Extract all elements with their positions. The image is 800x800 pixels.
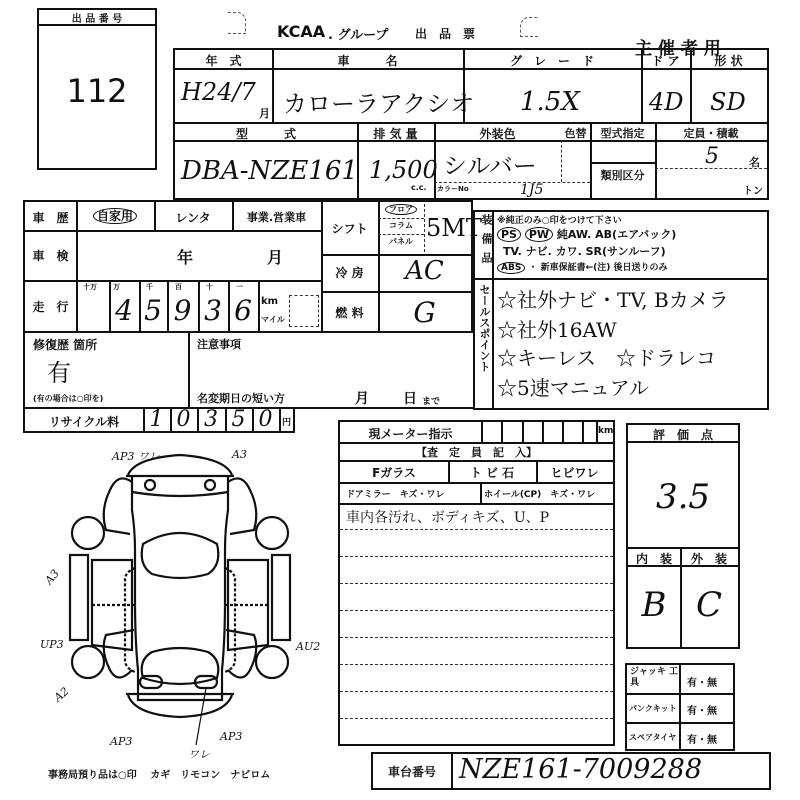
capacity-unit: 名 xyxy=(749,154,760,170)
capacity-label: 定員・積載 xyxy=(655,125,767,141)
score-label: 評 価 点 xyxy=(628,426,738,443)
name-change-day: 日 xyxy=(403,388,417,408)
mileage-place-1k: 千 xyxy=(146,282,153,292)
sales-point-4: ☆5速マニュアル xyxy=(497,372,649,401)
meter-unit: km xyxy=(598,426,613,436)
brand-suffix: . グループ xyxy=(328,24,388,43)
model-value: DBA-NZE161 xyxy=(181,156,358,186)
diagram-footer: 事務局預り品は○印 カギ リモコン ナビロム xyxy=(48,766,270,781)
shape-label: 形 状 xyxy=(690,52,767,69)
mileage-place-100: 百 xyxy=(175,282,182,292)
inspection-year-unit: 年 xyxy=(177,245,193,268)
equipment-ab[interactable]: AB(エアバック) xyxy=(595,228,676,241)
inspector-note-row xyxy=(340,665,613,692)
displacement-value: 1,500 xyxy=(369,156,438,184)
recycle-digit-1: 1 xyxy=(143,407,170,432)
fuel-value: G xyxy=(378,296,471,329)
recycle-label: リサイクル料 xyxy=(25,413,143,430)
repair-value: 有 xyxy=(47,353,71,388)
exterior-label: 外 装 xyxy=(680,550,738,567)
meter-label: 現メーター指示 xyxy=(340,425,481,442)
inspector-note-row xyxy=(340,584,613,611)
repair-note: (有の場合は○印を) xyxy=(33,393,103,404)
glass-options: ト ビ 石 xyxy=(448,464,536,481)
type-designation-label: 型式指定 xyxy=(590,125,655,141)
mark-front-left: AP3 ワレ xyxy=(111,450,161,463)
lot-number: 112 xyxy=(39,72,155,110)
interior-value: B xyxy=(628,585,680,625)
color-no-value: 1J5 xyxy=(520,182,543,198)
lot-number-box: 出 品 番 号 112 xyxy=(37,8,157,170)
mark-right-rear-door: AU2 xyxy=(295,640,320,653)
mark-left-rear: A2 xyxy=(51,685,72,705)
shift-option-floor-text: フロア xyxy=(385,204,417,215)
fuel-label: 燃 料 xyxy=(321,304,378,321)
model-label: 型 式 xyxy=(175,125,357,142)
mark-rear-crack: ワレ xyxy=(188,748,211,760)
wheel-label: ホイール(CP) キズ・ワレ xyxy=(484,487,595,500)
inspection-month-unit: 月 xyxy=(267,245,283,268)
inspection-label: 車 検 xyxy=(25,247,76,264)
tools-puncture-value[interactable]: 有・無 xyxy=(687,702,717,717)
sales-points-label: セールスポイント xyxy=(476,284,491,375)
mark-front-right: A3 xyxy=(231,448,247,461)
equipment-abs[interactable]: ABS xyxy=(497,262,525,274)
mileage-digit-100: 9 xyxy=(167,294,198,327)
sales-points-label-text: セールスポイント xyxy=(476,284,492,372)
stamp-mark-left xyxy=(228,12,246,34)
inspector-notes: 車内各汚れ、ボディキズ、U、P xyxy=(340,503,613,744)
equipment-line1: PS PW 純AW. AB(エアバック) xyxy=(497,226,676,242)
equipment-note: ※純正のみ○印をつけて下さい xyxy=(497,213,622,226)
grade-label: グ レ ー ド xyxy=(463,52,641,69)
load-unit: トン xyxy=(743,182,763,197)
tools-jack-label: ジャッキ 工具 xyxy=(630,667,678,689)
mark-left-door: A3 xyxy=(42,567,62,588)
chassis-label: 車台番号 xyxy=(373,763,451,780)
door-value: 4D xyxy=(649,88,684,116)
score-table: 評 価 点 3.5 内 装 外 装 B C xyxy=(626,423,740,649)
mark-rear-right: AP3 xyxy=(219,730,242,743)
recycle-fee-box: リサイクル料 1 0 3 5 0 円 xyxy=(23,407,295,433)
equipment-aw[interactable]: 純AW. xyxy=(557,228,591,241)
color-no-label: カラーNo xyxy=(437,184,469,194)
year-label: 年 式 xyxy=(175,52,272,69)
tools-jack-value[interactable]: 有・無 xyxy=(687,674,717,689)
history-table: 車 歴 自家用 レンタ 事業.営業車 車 検 年 月 走 行 十万 万 千 百 … xyxy=(23,200,473,333)
mark-rear-left: AP3 xyxy=(109,735,132,748)
name-change-label: 名変期日の短い方 xyxy=(197,390,285,406)
chassis-value: NZE161-7009288 xyxy=(459,754,702,785)
displacement-label: 排 気 量 xyxy=(357,125,434,142)
shift-option-panel[interactable]: パネル xyxy=(378,236,424,247)
year-value: H24/7 xyxy=(181,78,256,106)
mileage-digit-10: 3 xyxy=(198,294,228,327)
recycle-digit-2: 0 xyxy=(170,407,197,432)
aircon-value: AC xyxy=(378,256,471,286)
shape-value: SD xyxy=(710,88,746,116)
vehicle-info-table: 年 式 車 名 グ レ ー ド ド ア 形 状 H24/7 月 カローラアクシオ… xyxy=(173,48,769,200)
mileage-label: 走 行 xyxy=(25,298,76,315)
category-label: 類別区分 xyxy=(590,167,655,183)
glass-label: Fガラス xyxy=(340,464,448,481)
mile-label: マイル xyxy=(261,314,285,325)
mark-left-rear-door: AUP3 xyxy=(40,638,64,651)
shift-label: シフト xyxy=(321,220,378,237)
inspector-table: 現メーター指示 km 【査 定 員 記 入】 Fガラス ト ビ 石 ヒビワレ ド… xyxy=(338,420,615,746)
recycle-digit-3: 3 xyxy=(197,407,225,432)
car-name-value: カローラアクシオ xyxy=(283,84,474,119)
sales-point-2: ☆社外16AW xyxy=(497,314,617,343)
history-label: 車 歴 xyxy=(25,209,76,226)
history-option-rental[interactable]: レンタ xyxy=(154,209,232,226)
equipment-table: 装備品 ※純正のみ○印をつけて下さい PS PW 純AW. AB(エアバック) … xyxy=(473,210,769,410)
mileage-digit-1: 6 xyxy=(228,294,258,327)
inspector-section-title: 【査 定 員 記 入】 xyxy=(340,444,613,460)
inspector-note-row xyxy=(340,692,613,719)
recycle-digit-4: 5 xyxy=(225,407,252,432)
aircon-label: 冷 房 xyxy=(321,264,378,281)
mile-checkbox[interactable] xyxy=(289,295,319,327)
mileage-place-1: 一 xyxy=(236,282,243,292)
capacity-value: 5 xyxy=(705,144,719,169)
door-label: ド ア xyxy=(641,52,690,69)
inspector-note-row: 車内各汚れ、ボディキズ、U、P xyxy=(340,503,613,530)
equipment-warranty: ・ 新車保証書←(注) 後日送りのみ xyxy=(528,263,667,273)
form-title: 出 品 票 xyxy=(415,25,475,42)
displacement-unit: c.c. xyxy=(411,183,427,192)
mirror-label: ドアミラー キズ・ワレ xyxy=(346,487,445,500)
repair-label: 修復歴 箇所 xyxy=(33,336,97,353)
equipment-ps[interactable]: PS xyxy=(497,227,521,242)
history-option-private[interactable]: 自家用 xyxy=(79,207,151,224)
equipment-label: 装備品 xyxy=(476,214,491,278)
year-month-unit: 月 xyxy=(259,105,270,121)
stamp-mark-right xyxy=(520,17,538,37)
car-damage-diagram: AP3 ワレ A3 A3 AUP3 A2 AU2 AP3 AP3 ワレ xyxy=(40,440,320,760)
name-change-until: まで xyxy=(422,394,440,407)
brand-logo: KCAA xyxy=(277,22,325,41)
caution-label: 注意事項 xyxy=(197,336,241,352)
inspector-note-row xyxy=(340,557,613,584)
inspector-note-row xyxy=(340,530,613,557)
mileage-digit-10k: 4 xyxy=(109,294,139,327)
recycle-unit: 円 xyxy=(282,415,291,428)
glass-crack: ヒビワレ xyxy=(536,464,613,481)
tools-puncture-label: パンクキット xyxy=(629,703,677,714)
history-option-private-text: 自家用 xyxy=(93,208,137,224)
history-option-business[interactable]: 事業.営業車 xyxy=(232,209,321,225)
mileage-digit-1k: 5 xyxy=(139,294,167,327)
chassis-number-box: 車台番号 NZE161-7009288 xyxy=(371,752,771,790)
tools-table: ジャッキ 工具 有・無 パンクキット 有・無 スペアタイヤ 有・無 xyxy=(625,663,735,751)
color-label: 外装色 xyxy=(434,125,561,142)
shift-option-floor[interactable]: フロア xyxy=(378,204,424,215)
grade-value: 1.5X xyxy=(520,87,580,117)
score-value: 3.5 xyxy=(628,477,738,517)
equipment-pw[interactable]: PW xyxy=(525,227,553,242)
exterior-value: C xyxy=(680,585,738,625)
sales-point-3: ☆キーレス ☆ドラレコ xyxy=(497,342,716,371)
repair-caution-table: 修復歴 箇所 有 (有の場合は○印を) 注意事項 名変期日の短い方 月 日 まで xyxy=(23,331,475,409)
km-label: km xyxy=(261,296,278,307)
mileage-place-10k: 万 xyxy=(113,282,120,292)
color-value: シルバー xyxy=(443,146,537,181)
color-change-label: 色替 xyxy=(561,125,590,141)
equipment-line3: ABS ・ 新車保証書←(注) 後日送りのみ xyxy=(497,260,668,273)
inspector-note-row xyxy=(340,611,613,638)
equipment-label-text: 装備品 xyxy=(476,214,497,271)
tools-spare-value[interactable]: 有・無 xyxy=(687,731,717,746)
sales-point-1: ☆社外ナビ・TV, Bカメラ xyxy=(497,284,729,313)
inspector-note-row xyxy=(340,638,613,665)
name-label: 車 名 xyxy=(272,52,463,69)
tools-spare-label: スペアタイヤ xyxy=(629,732,676,743)
recycle-digit-5: 0 xyxy=(252,407,279,432)
shift-option-column[interactable]: コラム xyxy=(378,220,424,231)
lot-label: 出 品 番 号 xyxy=(39,10,155,25)
mileage-place-100k: 十万 xyxy=(83,282,97,292)
interior-label: 内 装 xyxy=(628,550,680,567)
name-change-month: 月 xyxy=(355,388,369,408)
mileage-place-10: 十 xyxy=(206,282,213,292)
equipment-line2: TV. ナビ. カワ. SR(サンルーフ) xyxy=(503,243,666,259)
